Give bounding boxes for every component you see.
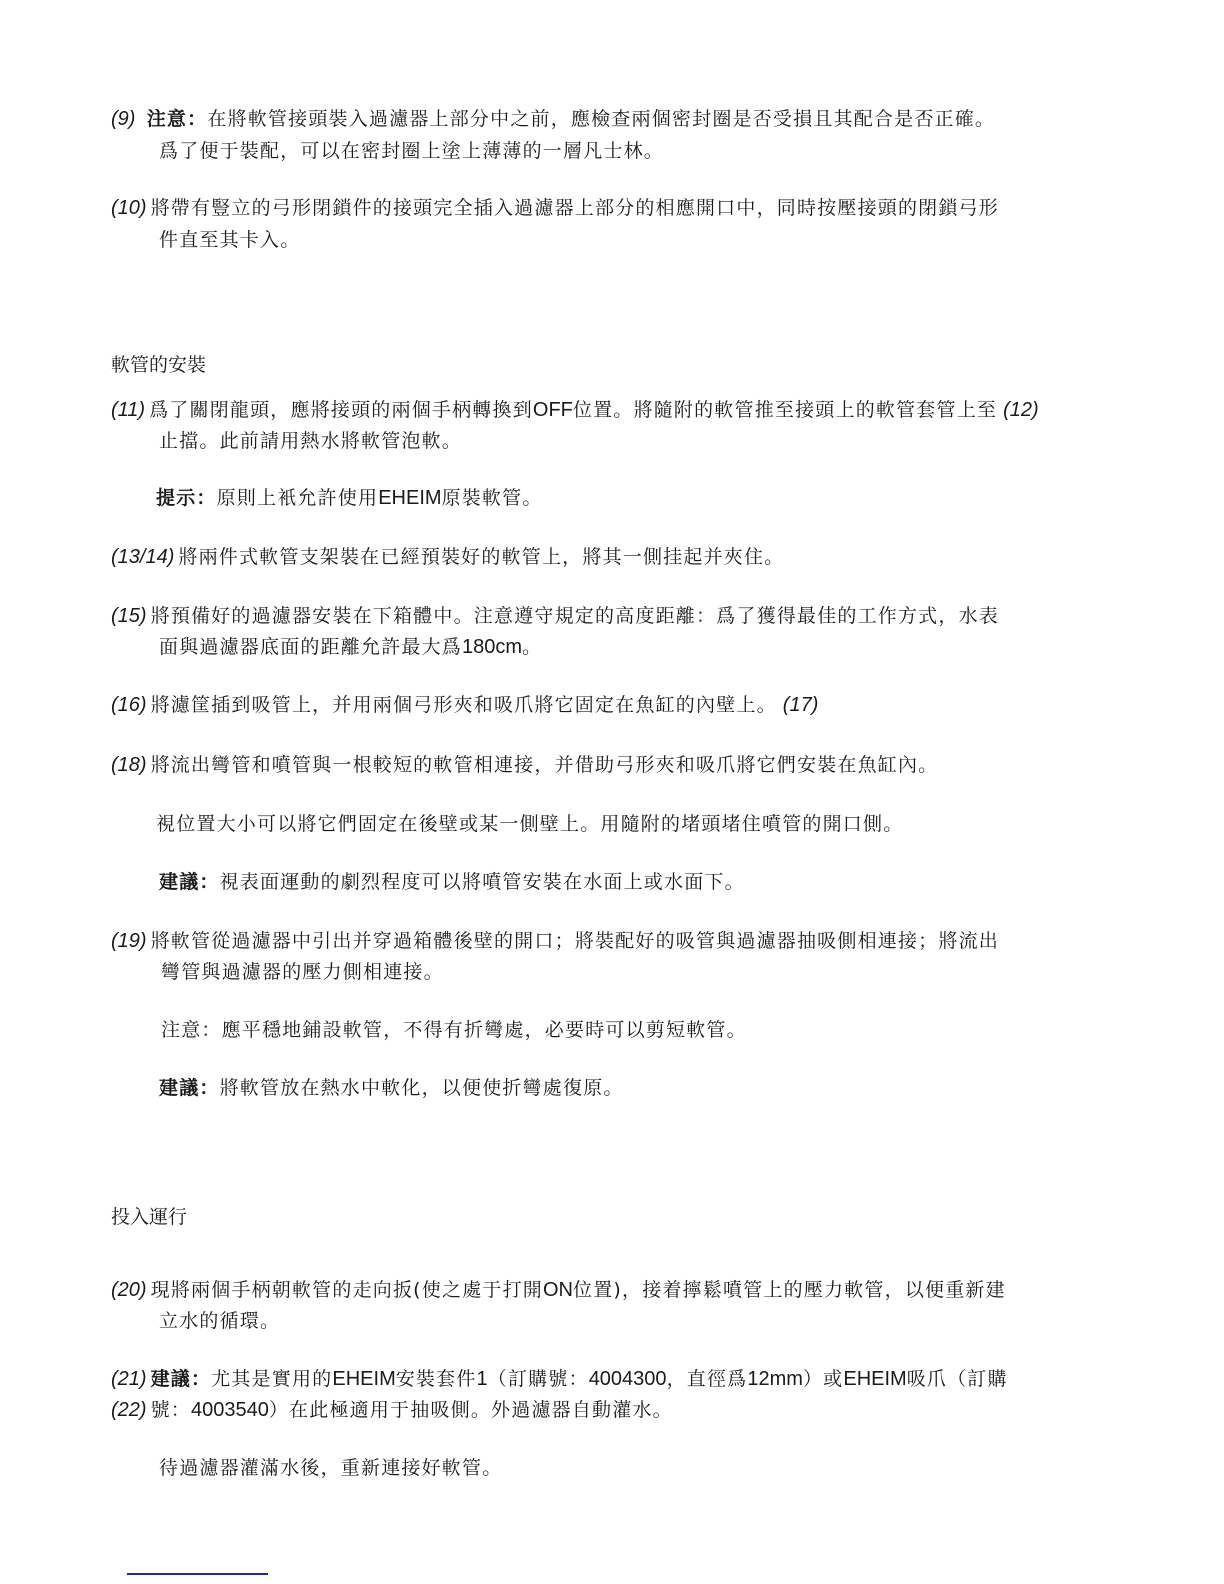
step-21-line-1: (21)建議：尤其是實用的EHEIM安裝套件1（訂購號：4004300，直徑爲1… xyxy=(111,1368,1008,1390)
step-text: 將軟管從過濾器中引出并穿過箱體後壁的開口；將裝配好的吸管與過濾器抽吸側相連接；將… xyxy=(151,930,999,952)
step-text: 將濾筐插到吸管上，并用兩個弓形夾和吸爪將它固定在魚缸的內壁上。 xyxy=(151,694,777,716)
hint-label: 提示： xyxy=(156,487,217,509)
step-number: (11) xyxy=(111,399,145,421)
step-20-line-1: (20)現將兩個手柄朝軟管的走向扳(使之處于打開ON位置)，接着擰鬆噴管上的壓力… xyxy=(111,1279,1006,1301)
step-22-line-2: (22)號：4003540）在此極適用于抽吸側。外過濾器自動灌水。 xyxy=(111,1399,673,1421)
step-11-line-1: (11)爲了關閉龍頭，應將接頭的兩個手柄轉換到OFF位置。將隨附的軟管推至接頭上… xyxy=(111,399,1039,421)
step-text: 尤其是實用的 xyxy=(211,1368,332,1390)
recommendation-text: 視表面運動的劇烈程度可以將噴管安裝在水面上或水面下。 xyxy=(220,871,745,893)
note-text: 注意：應平穩地鋪設軟管，不得有折彎處，必要時可以剪短軟管。 xyxy=(161,1019,747,1041)
recommendation-text: 將軟管放在熱水中軟化，以便使折彎處復原。 xyxy=(220,1077,624,1099)
step-text: 現將兩個手柄朝軟管的走向扳(使之處于打開 xyxy=(151,1279,543,1301)
step-number: (19) xyxy=(111,930,147,952)
recommendation-1: 建議：視表面運動的劇烈程度可以將噴管安裝在水面上或水面下。 xyxy=(159,871,745,893)
recommendation-label: 建議： xyxy=(159,1077,220,1099)
step-text: 位置)，接着擰鬆噴管上的壓力軟管，以便重新建 xyxy=(573,1279,1006,1301)
document-page: (9) 注意：在將軟管接頭裝入過濾器上部分中之前，應檢查兩個密封圈是否受損且其配… xyxy=(0,0,1224,1584)
brand-name: EHEIM xyxy=(843,1368,906,1390)
step-text: 爲了便于裝配，可以在密封圈上塗上薄薄的一層凡士林。 xyxy=(159,140,664,162)
recommendation-label: 建議： xyxy=(151,1368,212,1390)
step-text: ）或 xyxy=(803,1368,843,1390)
step-text: 。 xyxy=(522,636,542,658)
step-text: ，直徑爲 xyxy=(667,1368,748,1390)
kit-number: 1 xyxy=(477,1368,488,1390)
step-text: 面與過濾器底面的距離允許最大爲 xyxy=(159,636,462,658)
diameter-value: 12mm xyxy=(747,1368,803,1390)
hint-text: 原則上衹允許使用 xyxy=(217,487,379,509)
step-13-14-line: (13/14)將兩件式軟管支架裝在已經預裝好的軟管上，將其一側挂起并夾住。 xyxy=(111,546,784,568)
order-number: 4003540 xyxy=(191,1399,269,1421)
brand-name: EHEIM xyxy=(332,1368,395,1390)
step-text: 安裝套件 xyxy=(396,1368,477,1390)
step-text: 將預備好的過濾器安裝在下箱體中。注意遵守規定的高度距離：爲了獲得最佳的工作方式，… xyxy=(151,605,999,627)
hint-text: 原裝軟管。 xyxy=(442,487,543,509)
step-number: (17) xyxy=(783,694,819,716)
order-number: 4004300 xyxy=(589,1368,667,1390)
step-18-line: (18)將流出彎管和噴管與一根較短的軟管相連接，并借助弓形夾和吸爪將它們安裝在魚… xyxy=(111,754,938,776)
on-label: ON xyxy=(543,1279,573,1301)
section-heading-hose-installation: 軟管的安裝 xyxy=(111,355,206,377)
note-text: 待過濾器灌滿水後，重新連接好軟管。 xyxy=(159,1457,502,1479)
step-19-line-2: 彎管與過濾器的壓力側相連接。 xyxy=(161,961,444,983)
footnote-separator xyxy=(127,1573,268,1575)
step-16-line: (16)將濾筐插到吸管上，并用兩個弓形夾和吸爪將它固定在魚缸的內壁上。(17) xyxy=(111,694,818,716)
step-number: (10) xyxy=(111,197,147,219)
step-text: 件直至其卡入。 xyxy=(159,229,300,251)
hint-line: 提示：原則上衹允許使用EHEIM原裝軟管。 xyxy=(156,487,543,509)
step-text: 將帶有豎立的弓形閉鎖件的接頭完全插入過濾器上部分的相應開口中，同時按壓接頭的閉鎖… xyxy=(151,197,999,219)
step-number: (20) xyxy=(111,1279,147,1301)
caution-note: 注意：應平穩地鋪設軟管，不得有折彎處，必要時可以剪短軟管。 xyxy=(161,1019,747,1041)
step-text: 立水的循環。 xyxy=(159,1310,280,1332)
brand-name: EHEIM xyxy=(378,487,441,509)
step-9-line-2: 爲了便于裝配，可以在密封圈上塗上薄薄的一層凡士林。 xyxy=(159,140,664,162)
recommendation-label: 建議： xyxy=(159,871,220,893)
step-text: 位置。將隨附的軟管推至接頭上的軟管套管上至 xyxy=(573,399,997,421)
step-11-line-2: 止擋。此前請用熱水將軟管泡軟。 xyxy=(159,430,462,452)
step-text: 在將軟管接頭裝入過濾器上部分中之前，應檢查兩個密封圈是否受損且其配合是否正確。 xyxy=(207,108,995,130)
max-height-value: 180cm xyxy=(462,636,522,658)
step-number: (16) xyxy=(111,694,147,716)
step-number: (12) xyxy=(1003,399,1039,421)
step-20-line-2: 立水的循環。 xyxy=(159,1310,280,1332)
step-text: 爲了關閉龍頭，應將接頭的兩個手柄轉換到 xyxy=(149,399,533,421)
off-label: OFF xyxy=(533,399,573,421)
step-number: (9) xyxy=(111,108,135,130)
step-text: ）在此極適用于抽吸側。外過濾器自動灌水。 xyxy=(269,1399,673,1421)
placement-note: 視位置大小可以將它們固定在後壁或某一側壁上。用隨附的堵頭堵住噴管的開口側。 xyxy=(156,813,903,835)
final-note: 待過濾器灌滿水後，重新連接好軟管。 xyxy=(159,1457,502,1479)
step-number: (15) xyxy=(111,605,147,627)
step-9-line-1: (9) 注意：在將軟管接頭裝入過濾器上部分中之前，應檢查兩個密封圈是否受損且其配… xyxy=(111,108,995,130)
step-text: （訂購號： xyxy=(488,1368,589,1390)
step-text: 吸爪（訂購 xyxy=(907,1368,1008,1390)
step-text: 將兩件式軟管支架裝在已經預裝好的軟管上，將其一側挂起并夾住。 xyxy=(178,546,784,568)
step-text: 止擋。此前請用熱水將軟管泡軟。 xyxy=(159,430,462,452)
step-label: 注意： xyxy=(147,108,208,130)
step-10-line-2: 件直至其卡入。 xyxy=(159,229,300,251)
step-15-line-1: (15)將預備好的過濾器安裝在下箱體中。注意遵守規定的高度距離：爲了獲得最佳的工… xyxy=(111,605,999,627)
step-15-line-2: 面與過濾器底面的距離允許最大爲180cm。 xyxy=(159,636,542,658)
note-text: 視位置大小可以將它們固定在後壁或某一側壁上。用隨附的堵頭堵住噴管的開口側。 xyxy=(156,813,903,835)
step-text: 號： xyxy=(151,1399,191,1421)
step-number: (22) xyxy=(111,1399,147,1421)
step-number: (21) xyxy=(111,1368,147,1390)
step-text: 彎管與過濾器的壓力側相連接。 xyxy=(161,961,444,983)
recommendation-2: 建議：將軟管放在熱水中軟化，以便使折彎處復原。 xyxy=(159,1077,624,1099)
step-19-line-1: (19)將軟管從過濾器中引出并穿過箱體後壁的開口；將裝配好的吸管與過濾器抽吸側相… xyxy=(111,930,999,952)
step-10-line-1: (10)將帶有豎立的弓形閉鎖件的接頭完全插入過濾器上部分的相應開口中，同時按壓接… xyxy=(111,197,999,219)
step-text: 將流出彎管和噴管與一根較短的軟管相連接，并借助弓形夾和吸爪將它們安裝在魚缸內。 xyxy=(151,754,939,776)
step-number: (13/14) xyxy=(111,546,174,568)
step-number: (18) xyxy=(111,754,147,776)
section-heading-commissioning: 投入運行 xyxy=(111,1207,187,1229)
